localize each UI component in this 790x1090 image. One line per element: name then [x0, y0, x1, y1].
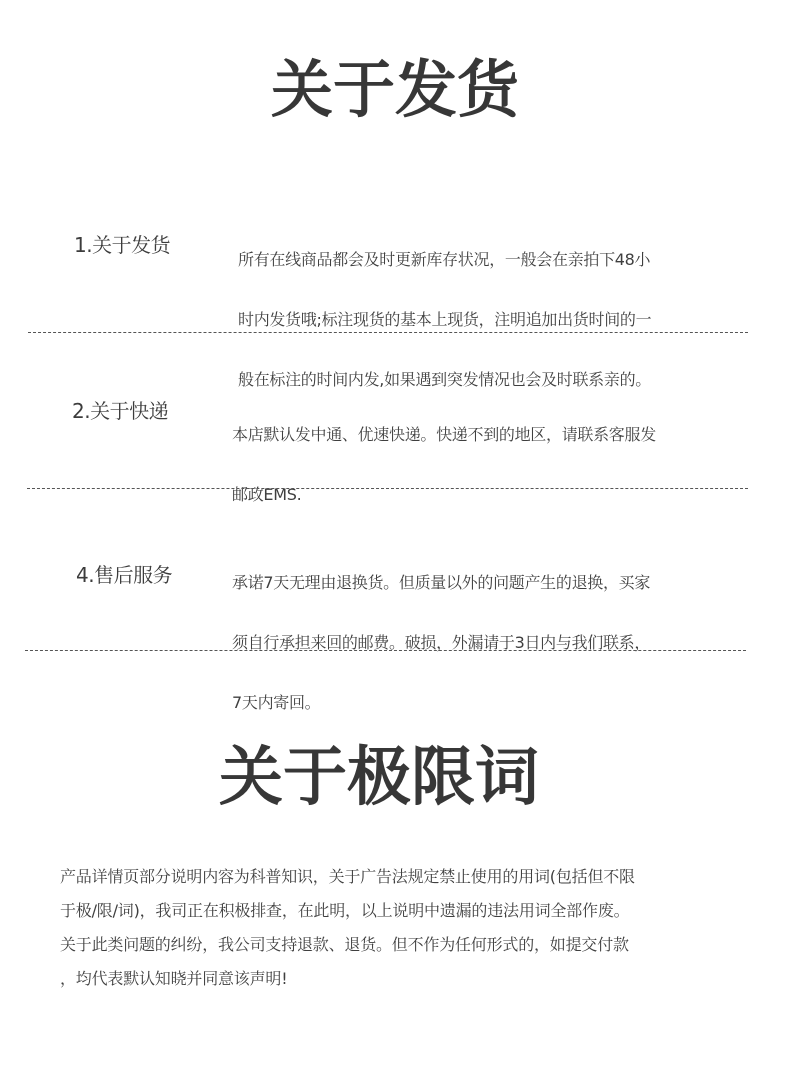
text-line: 7天内寄回。	[232, 688, 650, 718]
text-line: ，均代表默认知晓并同意该声明!	[60, 962, 740, 996]
text-line: 时内发货哦;标注现货的基本上现货，注明追加出货时间的一	[238, 305, 651, 335]
text-line: 于极/限/词)，我司正在积极排查，在此明，以上说明中遗漏的违法用词全部作废。	[60, 894, 740, 928]
text-line: 承诺7天无理由退换货。但质量以外的问题产生的退换，买家	[232, 568, 650, 598]
section-title-limit-words: 关于极限词	[0, 738, 774, 818]
row-label-after-sales: 4.售后服务	[76, 561, 172, 589]
row-text-courier: 本店默认发中通、优速快递。快递不到的地区，请联系客服发 邮政EMS.	[232, 390, 656, 540]
section-title-shipping: 关于发货	[0, 52, 790, 128]
row-label-courier: 2.关于快递	[72, 397, 168, 425]
text-line: 所有在线商品都会及时更新库存状况，一般会在亲拍下48小	[238, 245, 651, 275]
row-label-shipping: 1.关于发货	[74, 231, 170, 259]
limit-words-disclaimer: 产品详情页部分说明内容为科普知识，关于广告法规定禁止使用的用词(包括但不限 于极…	[60, 860, 740, 996]
text-line: 邮政EMS.	[232, 480, 656, 510]
text-line: 须自行承担来回的邮费。破损，外漏请于3日内与我们联系，	[232, 628, 650, 658]
row-text-after-sales: 承诺7天无理由退换货。但质量以外的问题产生的退换，买家 须自行承担来回的邮费。破…	[232, 538, 650, 748]
dashed-divider	[28, 332, 748, 333]
text-line: 关于此类问题的纠纷，我公司支持退款、退货。但不作为任何形式的，如提交付款	[60, 928, 740, 962]
text-line: 产品详情页部分说明内容为科普知识，关于广告法规定禁止使用的用词(包括但不限	[60, 860, 740, 894]
text-line: 本店默认发中通、优速快递。快递不到的地区，请联系客服发	[232, 420, 656, 450]
dashed-divider	[27, 488, 748, 489]
dashed-divider	[25, 650, 746, 651]
